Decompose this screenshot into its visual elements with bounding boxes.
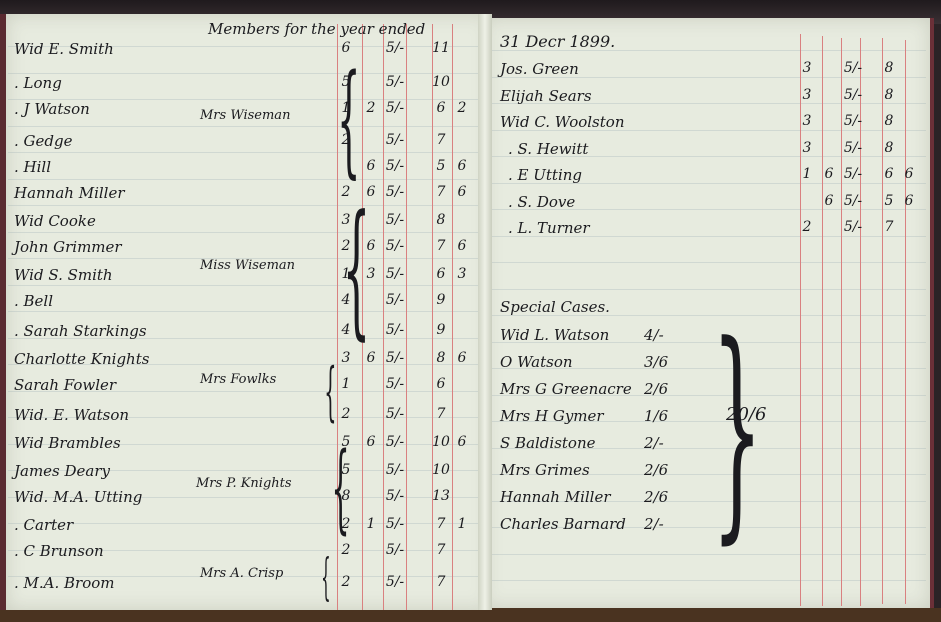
ledger-name: . S. Hewitt — [508, 140, 588, 158]
special-case-name: Hannah Miller — [500, 488, 611, 506]
ledger-amount-c4: 6 — [880, 166, 898, 182]
special-cases-total: 20/6 — [726, 404, 766, 425]
ruled-line — [8, 205, 478, 206]
ledger-amount-c1: 3 — [798, 113, 816, 129]
ledger-name: Wid Cooke — [14, 212, 96, 230]
ledger-name: Wid. M.A. Utting — [14, 488, 142, 506]
ledger-amount-c3: 5/- — [382, 212, 408, 228]
ruled-line — [8, 179, 478, 180]
ledger-name: . Carter — [14, 516, 73, 534]
ledger-amount-c3: 5/- — [840, 219, 866, 235]
collector-name: Miss Wiseman — [200, 258, 295, 273]
ruled-line — [8, 285, 478, 286]
ledger-name: Jos. Green — [500, 60, 579, 78]
ledger-amount-c3: 5/- — [840, 166, 866, 182]
ledger-amount-c3: 5/- — [382, 406, 408, 422]
red-column-rule — [905, 40, 906, 604]
ledger-name: . S. Dove — [508, 193, 575, 211]
ruled-line — [8, 152, 478, 153]
ledger-amount-c2: 6 — [362, 434, 380, 450]
ledger-amount-c3: 5/- — [840, 60, 866, 76]
ledger-amount-c3: 5/- — [840, 140, 866, 156]
special-case-amount: 3/6 — [644, 353, 668, 371]
ledger-amount-c3: 5/- — [382, 238, 408, 254]
left-page-header: Members for the year ended — [208, 20, 425, 38]
ledger-name: Charlotte Knights — [14, 350, 149, 368]
ledger-date: 31 Decr 1899. — [500, 32, 615, 51]
ledger-amount-c4: 5 — [880, 193, 898, 209]
ledger-name: James Deary — [14, 462, 110, 480]
ledger-amount-c1: 3 — [798, 140, 816, 156]
collector-brace: { — [324, 360, 336, 424]
red-column-rule — [822, 36, 823, 606]
ledger-amount-c4: 7 — [432, 238, 450, 254]
ledger-amount-c2: 6 — [820, 166, 838, 182]
ledger-amount-c3: 5/- — [382, 74, 408, 90]
ledger-amount-c3: 5/- — [382, 158, 408, 174]
ledger-name: Wid C. Woolston — [500, 113, 624, 131]
ledger-amount-c5: 6 — [453, 434, 471, 450]
ledger-name: John Grimmer — [14, 238, 122, 256]
ledger-amount-c3: 5/- — [840, 87, 866, 103]
ledger-amount-c5: 1 — [453, 516, 471, 532]
ledger-name: Wid E. Smith — [14, 40, 114, 58]
ledger-amount-c4: 6 — [432, 266, 450, 282]
special-case-amount: 2/6 — [644, 461, 668, 479]
collector-name: Mrs Wiseman — [200, 108, 290, 123]
ledger-amount-c3: 5/- — [382, 462, 408, 478]
special-case-name: S Baldistone — [500, 434, 596, 452]
ledger-amount-c5: 6 — [453, 238, 471, 254]
ledger-amount-c3: 5/- — [840, 193, 866, 209]
ledger-name: . M.A. Broom — [14, 574, 115, 592]
ledger-amount-c5: 6 — [453, 184, 471, 200]
ledger-amount-c3: 5/- — [382, 574, 408, 590]
special-case-name: O Watson — [500, 353, 573, 371]
ledger-amount-c2: 6 — [362, 158, 380, 174]
ledger-amount-c3: 5/- — [382, 100, 408, 116]
ruled-line — [8, 126, 478, 127]
ledger-amount-c4: 8 — [432, 350, 450, 366]
special-cases-brace: } — [712, 316, 763, 546]
special-case-name: Mrs G Greenacre — [500, 380, 632, 398]
special-case-amount: 2/- — [644, 434, 664, 452]
ledger-amount-c4: 8 — [880, 140, 898, 156]
ledger-name: Elijah Sears — [500, 87, 592, 105]
ledger-name: Hannah Miller — [14, 184, 125, 202]
ledger-amount-c3: 5/- — [382, 40, 408, 56]
ruled-line — [8, 311, 478, 312]
ruled-line — [8, 232, 478, 233]
ledger-amount-c4: 7 — [432, 406, 450, 422]
ledger-amount-c1: 2 — [337, 406, 355, 422]
special-case-amount: 1/6 — [644, 407, 668, 425]
collector-brace: { — [321, 552, 331, 602]
ledger-amount-c3: 5/- — [382, 434, 408, 450]
special-case-amount: 2/6 — [644, 488, 668, 506]
ledger-name: Wid S. Smith — [14, 266, 113, 284]
collector-name: Mrs Fowlks — [200, 372, 276, 387]
ledger-amount-c5: 6 — [900, 166, 918, 182]
ledger-amount-c4: 9 — [432, 322, 450, 338]
ledger-amount-c3: 5/- — [382, 266, 408, 282]
special-case-name: Mrs H Gymer — [500, 407, 604, 425]
ledger-amount-c3: 5/- — [382, 132, 408, 148]
ledger-name: . E Utting — [508, 166, 582, 184]
ledger-amount-c2: 2 — [362, 100, 380, 116]
special-case-name: Mrs Grimes — [500, 461, 590, 479]
ledger-amount-c4: 13 — [432, 488, 450, 504]
collector-name: Mrs P. Knights — [196, 476, 292, 491]
ledger-amount-c3: 5/- — [382, 184, 408, 200]
ledger-amount-c2: 6 — [820, 193, 838, 209]
collector-brace: { — [331, 440, 349, 536]
ledger-name: . J Watson — [14, 100, 90, 118]
special-case-name: Charles Barnard — [500, 515, 626, 533]
special-case-amount: 2/6 — [644, 380, 668, 398]
ledger-amount-c5: 3 — [453, 266, 471, 282]
ledger-name: . Gedge — [14, 132, 72, 150]
ledger-amount-c1: 1 — [798, 166, 816, 182]
ledger-amount-c1: 1 — [337, 376, 355, 392]
ledger-amount-c4: 7 — [432, 574, 450, 590]
ledger-amount-c4: 8 — [880, 113, 898, 129]
ledger-amount-c4: 5 — [432, 158, 450, 174]
ledger-amount-c4: 7 — [432, 184, 450, 200]
ledger-amount-c4: 10 — [432, 74, 450, 90]
ledger-amount-c4: 11 — [432, 40, 450, 56]
ledger-amount-c4: 7 — [880, 219, 898, 235]
ledger-amount-c1: 2 — [337, 574, 355, 590]
special-cases-title: Special Cases. — [500, 298, 610, 316]
ledger-amount-c4: 8 — [432, 212, 450, 228]
ledger-amount-c4: 8 — [880, 87, 898, 103]
ledger-name: . Hill — [14, 158, 51, 176]
collector-brace: { — [343, 196, 371, 342]
ledger-name: Sarah Fowler — [14, 376, 116, 394]
ledger-amount-c3: 5/- — [382, 516, 408, 532]
ledger-amount-c3: 5/- — [382, 350, 408, 366]
ledger-name: . L. Turner — [508, 219, 590, 237]
ledger-amount-c4: 7 — [432, 542, 450, 558]
ledger-name: Wid. E. Watson — [14, 406, 129, 424]
book-gutter — [478, 14, 492, 610]
ledger-amount-c4: 10 — [432, 462, 450, 478]
ledger-amount-c1: 3 — [798, 87, 816, 103]
ledger-amount-c4: 6 — [432, 100, 450, 116]
ledger-amount-c4: 8 — [880, 60, 898, 76]
ledger-amount-c3: 5/- — [382, 376, 408, 392]
ledger-amount-c4: 6 — [432, 376, 450, 392]
ledger-amount-c4: 7 — [432, 132, 450, 148]
ledger-name: . Bell — [14, 292, 53, 310]
ledger-amount-c4: 9 — [432, 292, 450, 308]
ledger-amount-c4: 10 — [432, 434, 450, 450]
ledger-name: . C Brunson — [14, 542, 104, 560]
ledger-amount-c5: 6 — [453, 158, 471, 174]
table-surface — [0, 608, 941, 622]
ledger-name: Wid Brambles — [14, 434, 121, 452]
special-case-amount: 2/- — [644, 515, 664, 533]
ledger-amount-c3: 5/- — [840, 113, 866, 129]
ledger-amount-c3: 5/- — [382, 292, 408, 308]
ledger-amount-c1: 2 — [337, 542, 355, 558]
ledger-amount-c5: 2 — [453, 100, 471, 116]
special-case-name: Wid L. Watson — [500, 326, 609, 344]
ledger-amount-c5: 6 — [453, 350, 471, 366]
ledger-name: . Long — [14, 74, 62, 92]
ledger-amount-c1: 2 — [798, 219, 816, 235]
ledger-name: . Sarah Starkings — [14, 322, 147, 340]
ledger-amount-c4: 7 — [432, 516, 450, 532]
ledger-amount-c3: 5/- — [382, 542, 408, 558]
collector-brace: { — [337, 58, 360, 180]
collector-name: Mrs A. Crisp — [200, 566, 283, 581]
ledger-amount-c2: 1 — [362, 516, 380, 532]
ledger-amount-c3: 5/- — [382, 322, 408, 338]
ledger-amount-c5: 6 — [900, 193, 918, 209]
ledger-amount-c3: 5/- — [382, 488, 408, 504]
ledger-amount-c1: 3 — [798, 60, 816, 76]
special-case-amount: 4/- — [644, 326, 664, 344]
